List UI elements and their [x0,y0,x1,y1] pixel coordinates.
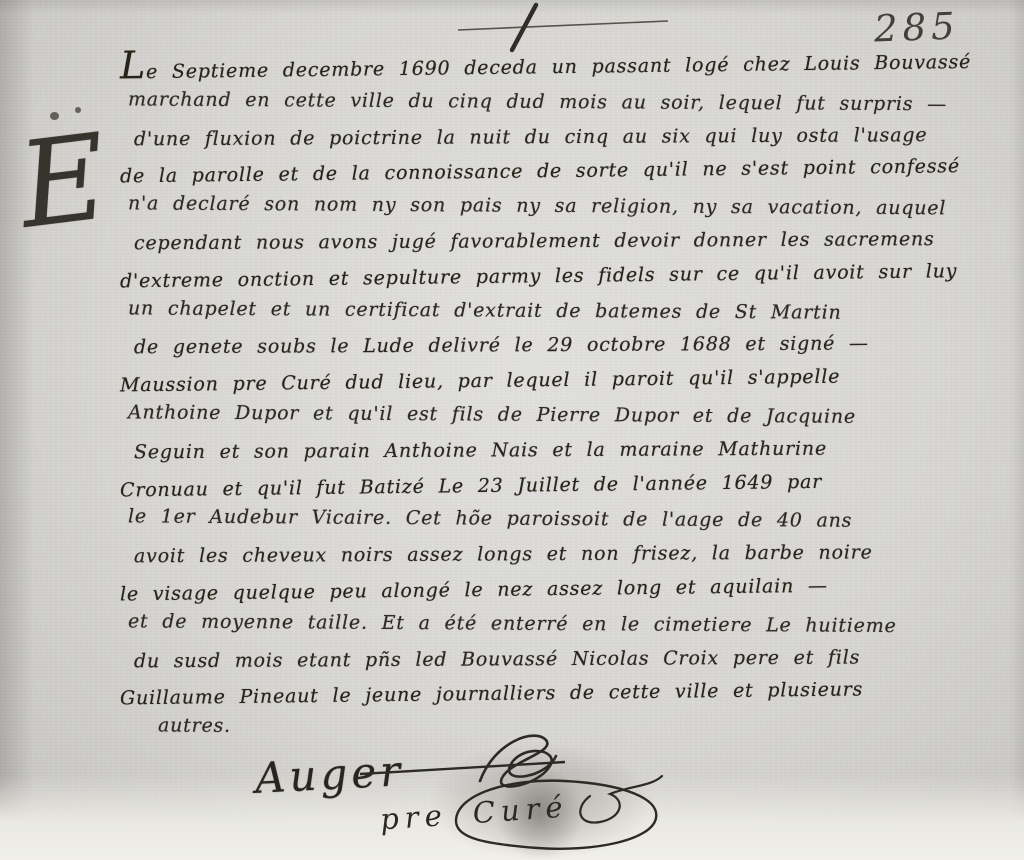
manuscript-line: et de moyenne taille. Et a été enterré e… [128,604,1004,644]
margin-initial: E [13,117,113,245]
register-entry: Le Septieme decembre 1690 deceda un pass… [118,50,1004,746]
manuscript-line: un chapelet et un certificat d'extrait d… [128,291,1004,331]
manuscript-line: n'a declaré son nom ny son pais ny sa re… [128,187,1004,227]
manuscript-line: marchand en cette ville du cinq dud mois… [128,82,1004,122]
manuscript-line: le 1er Audebur Vicaire. Cet hõe paroisso… [128,500,1004,540]
manuscript-line: Anthoine Dupor et qu'il est fils de Pier… [128,395,1004,435]
manuscript-page: 285 E Le Septieme decembre 1690 deceda u… [0,0,1024,860]
signature-block: Auger pre Curé [230,738,650,858]
page-number: 285 [873,5,960,51]
page-edge-shadow-right [1010,0,1024,860]
